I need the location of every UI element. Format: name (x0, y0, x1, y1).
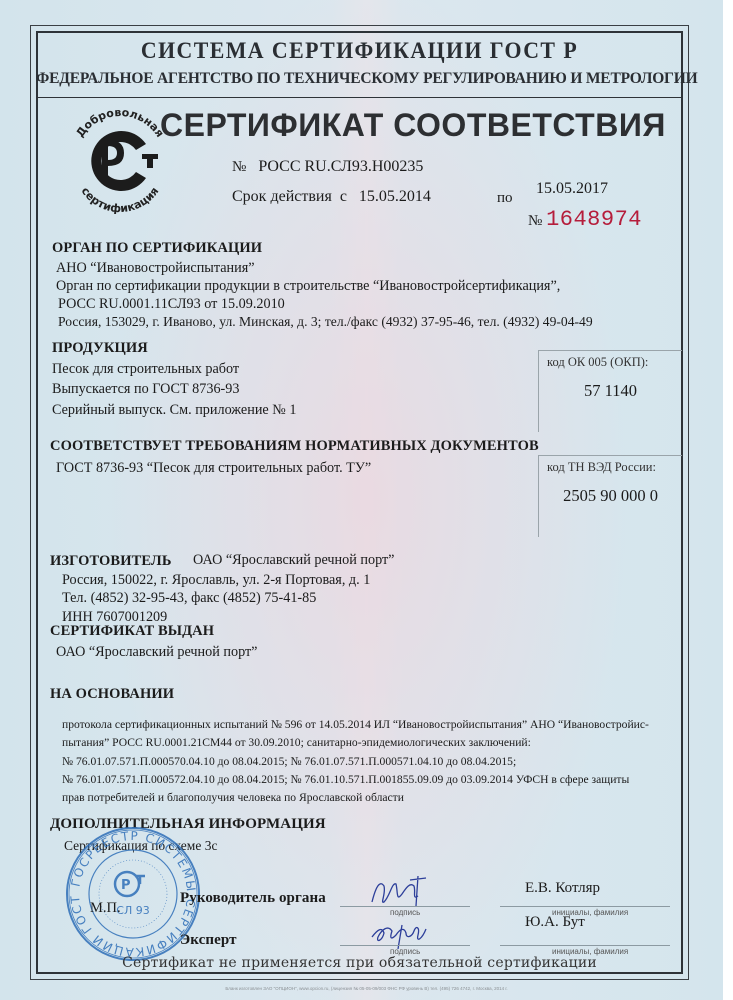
signature-line (340, 945, 470, 946)
manufacturer-line: Россия, 150022, г. Ярославль, ул. 2-я По… (62, 572, 370, 589)
product-line: Песок для строительных работ (52, 361, 239, 378)
valid-from-date: 15.05.2014 (359, 188, 431, 205)
certificate-number-value: РОСС RU.СЛ93.Н00235 (258, 158, 423, 175)
basis-line: протокола сертификационных испытаний № 5… (62, 716, 682, 734)
certification-body-line: АНО “Ивановостройиспытания” (56, 260, 255, 277)
system-title: СИСТЕМА СЕРТИФИКАЦИИ ГОСТ Р (52, 38, 667, 64)
header-divider (36, 97, 683, 98)
manufacturer-line: Тел. (4852) 32-95-43, факс (4852) 75-41-… (62, 590, 316, 607)
basis-line: прав потребителей и благополучия человек… (62, 789, 682, 807)
tnved-code-value: 2505 90 000 0 (539, 486, 682, 506)
issued-to-heading: СЕРТИФИКАТ ВЫДАН (50, 623, 214, 640)
basis-line: № 76.01.07.571.П.000570.04.10 до 08.04.2… (62, 753, 682, 771)
name-line (500, 906, 670, 907)
basis-line: № 76.01.07.571.П.000572.04.10 до 08.04.2… (62, 771, 682, 789)
svg-text:СЛ 93: СЛ 93 (116, 904, 149, 917)
certification-body-line: Орган по сертификации продукции в строит… (56, 278, 560, 295)
basis-text: протокола сертификационных испытаний № 5… (62, 716, 682, 807)
blank-serial-number: № 1648974 (528, 207, 642, 232)
expert-role: Эксперт (180, 932, 237, 949)
certification-body-heading: ОРГАН ПО СЕРТИФИКАЦИИ (52, 240, 262, 257)
signature-line (340, 906, 470, 907)
serial-number-sign: № (528, 213, 542, 229)
manufacturer-heading: ИЗГОТОВИТЕЛЬ (50, 553, 172, 570)
certificate-title: СЕРТИФИКАТ СООТВЕТСТВИЯ (160, 107, 666, 144)
okp-code-box: код ОК 005 (ОКП): 57 1140 (538, 350, 682, 432)
footer-note: Сертификат не применяется при обязательн… (36, 955, 683, 971)
compliance-line: ГОСТ 8736-93 “Песок для строительных раб… (56, 460, 371, 477)
okp-code-label: код ОК 005 (ОКП): (547, 355, 648, 370)
basis-heading: НА ОСНОВАНИИ (50, 686, 174, 703)
product-line: Серийный выпуск. См. приложение № 1 (52, 402, 296, 419)
tnved-code-box: код ТН ВЭД России: 2505 90 000 0 (538, 455, 682, 537)
product-heading: ПРОДУКЦИЯ (52, 340, 148, 357)
certification-body-line: РОСС RU.0001.11СЛ93 от 15.09.2010 (58, 296, 285, 313)
signatory-name: Е.В. Котляр (525, 880, 600, 897)
seal-place-label: М.П. (90, 900, 121, 917)
agency-name: ФЕДЕРАЛЬНОЕ АГЕНТСТВО ПО ТЕХНИЧЕСКОМУ РЕ… (36, 70, 683, 88)
valid-to-date: 15.05.2017 (536, 180, 608, 198)
tnved-code-label: код ТН ВЭД России: (547, 460, 656, 475)
paper-edge (723, 0, 733, 1000)
basis-line: пытания” РОСС RU.0001.21СМ44 от 30.09.20… (62, 734, 682, 752)
okp-code-value: 57 1140 (539, 381, 682, 401)
product-line: Выпускается по ГОСТ 8736-93 (52, 381, 239, 398)
valid-to-label: по (497, 190, 513, 207)
name-line (500, 945, 670, 946)
serial-number-value: 1648974 (546, 207, 642, 232)
validity-period: Срок действия с 15.05.2014 (232, 188, 431, 206)
number-sign: № (232, 159, 246, 175)
printer-imprint: Бланк изготовлен ЗАО “ОПЦИОН”, www.opcio… (0, 986, 733, 991)
compliance-heading: СООТВЕТСТВУЕТ ТРЕБОВАНИЯМ НОРМАТИВНЫХ ДО… (50, 438, 539, 455)
expert-name: Ю.А. Бут (525, 914, 585, 931)
signatory-role: Руководитель органа (180, 890, 326, 907)
certification-body-line: Россия, 153029, г. Иваново, ул. Минская,… (58, 314, 593, 330)
validity-label: Срок действия с (232, 188, 347, 205)
certificate-number: № РОСС RU.СЛ93.Н00235 (232, 158, 423, 176)
manufacturer-name: ОАО “Ярославский речной порт” (193, 552, 394, 569)
svg-text:Р: Р (121, 878, 131, 893)
issued-to-line: ОАО “Ярославский речной порт” (56, 644, 257, 661)
